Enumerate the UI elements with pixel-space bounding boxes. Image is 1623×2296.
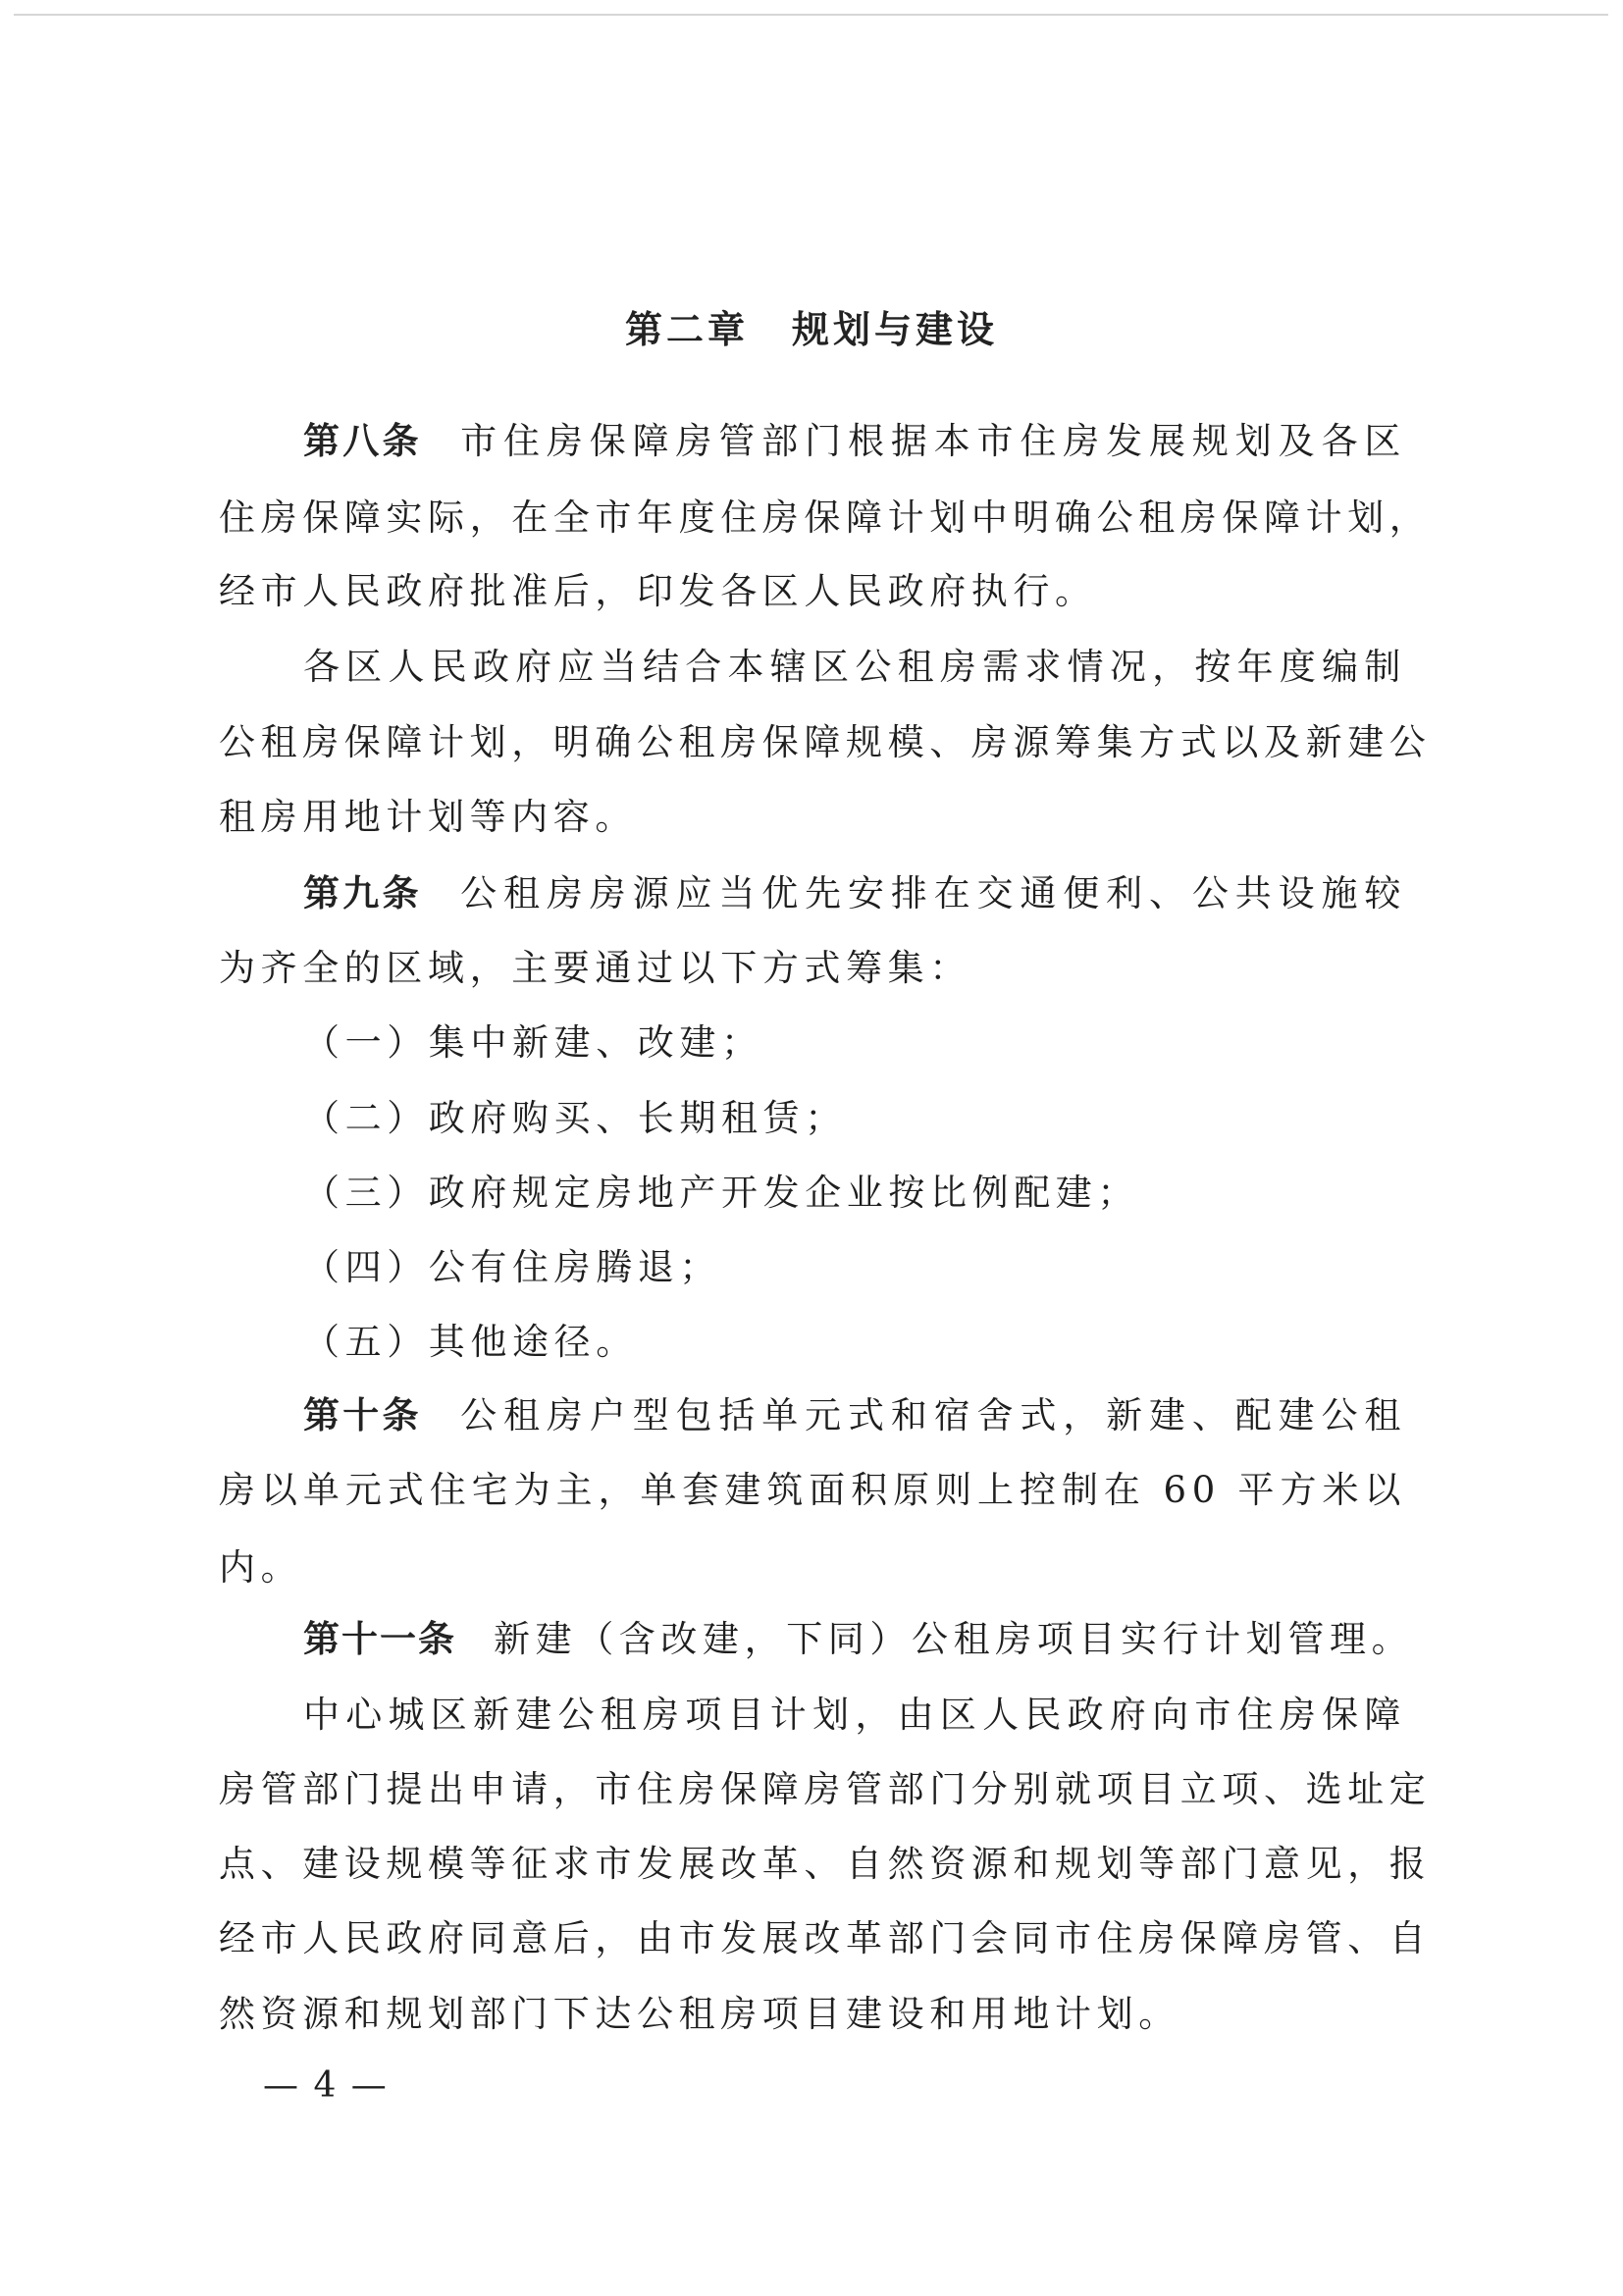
- list-item: （一）集中新建、改建；: [303, 1019, 1406, 1067]
- article-label: 第十条: [303, 1394, 422, 1436]
- article-label: 第十一条: [303, 1618, 456, 1660]
- article-label: 第九条: [303, 872, 422, 914]
- article-8-line-1: 第八条市住房保障房管部门根据本市住房发展规划及各区: [303, 418, 1406, 465]
- article-10-line-2: 房以单元式住宅为主，单套建筑面积原则上控制在 60 平方米以: [219, 1467, 1406, 1514]
- article-8-para-2-line-2: 公租房保障计划，明确公租房保障规模、房源筹集方式以及新建公: [219, 719, 1406, 766]
- article-8-line-3: 经市人民政府批准后，印发各区人民政府执行。: [219, 568, 1406, 615]
- article-10-line-1: 第十条公租房户型包括单元式和宿舍式，新建、配建公租: [303, 1392, 1406, 1439]
- article-8-para-2-line-3: 租房用地计划等内容。: [219, 794, 1406, 841]
- list-item: （三）政府规定房地产开发企业按比例配建；: [303, 1170, 1406, 1217]
- list-item: （二）政府购买、长期租赁；: [303, 1095, 1406, 1142]
- article-11-para-2-line-3: 点、建设规模等征求市发展改革、自然资源和规划等部门意见，报: [219, 1841, 1406, 1888]
- article-11-para-2-line-4: 经市人民政府同意后，由市发展改革部门会同市住房保障房管、自: [219, 1915, 1406, 1962]
- article-9-line-1: 第九条公租房房源应当优先安排在交通便利、公共设施较: [303, 870, 1406, 917]
- article-11-para-2-line-5: 然资源和规划部门下达公租房项目建设和用地计划。: [219, 1991, 1406, 2038]
- article-11-para-2-line-1: 中心城区新建公租房项目计划，由区人民政府向市住房保障: [303, 1692, 1406, 1739]
- list-item: （五）其他途径。: [303, 1319, 1406, 1366]
- article-9-line-2: 为齐全的区域，主要通过以下方式筹集：: [219, 945, 1406, 992]
- article-label: 第八条: [303, 420, 422, 462]
- chapter-title: 第二章规划与建设: [0, 306, 1623, 353]
- article-10-line-3: 内。: [219, 1544, 1406, 1592]
- page-number: — 4 —: [263, 2064, 389, 2108]
- article-8-para-2-line-1: 各区人民政府应当结合本辖区公租房需求情况，按年度编制: [303, 644, 1406, 691]
- article-11-line-1: 第十一条新建（含改建，下同）公租房项目实行计划管理。: [303, 1616, 1406, 1663]
- chapter-name: 规划与建设: [792, 308, 998, 351]
- chapter-number: 第二章: [625, 308, 749, 351]
- list-item: （四）公有住房腾退；: [303, 1244, 1406, 1291]
- article-11-para-2-line-2: 房管部门提出申请，市住房保障房管部门分别就项目立项、选址定: [219, 1766, 1406, 1813]
- scan-edge-line: [14, 14, 1608, 16]
- article-8-line-2: 住房保障实际，在全市年度住房保障计划中明确公租房保障计划，: [219, 495, 1406, 542]
